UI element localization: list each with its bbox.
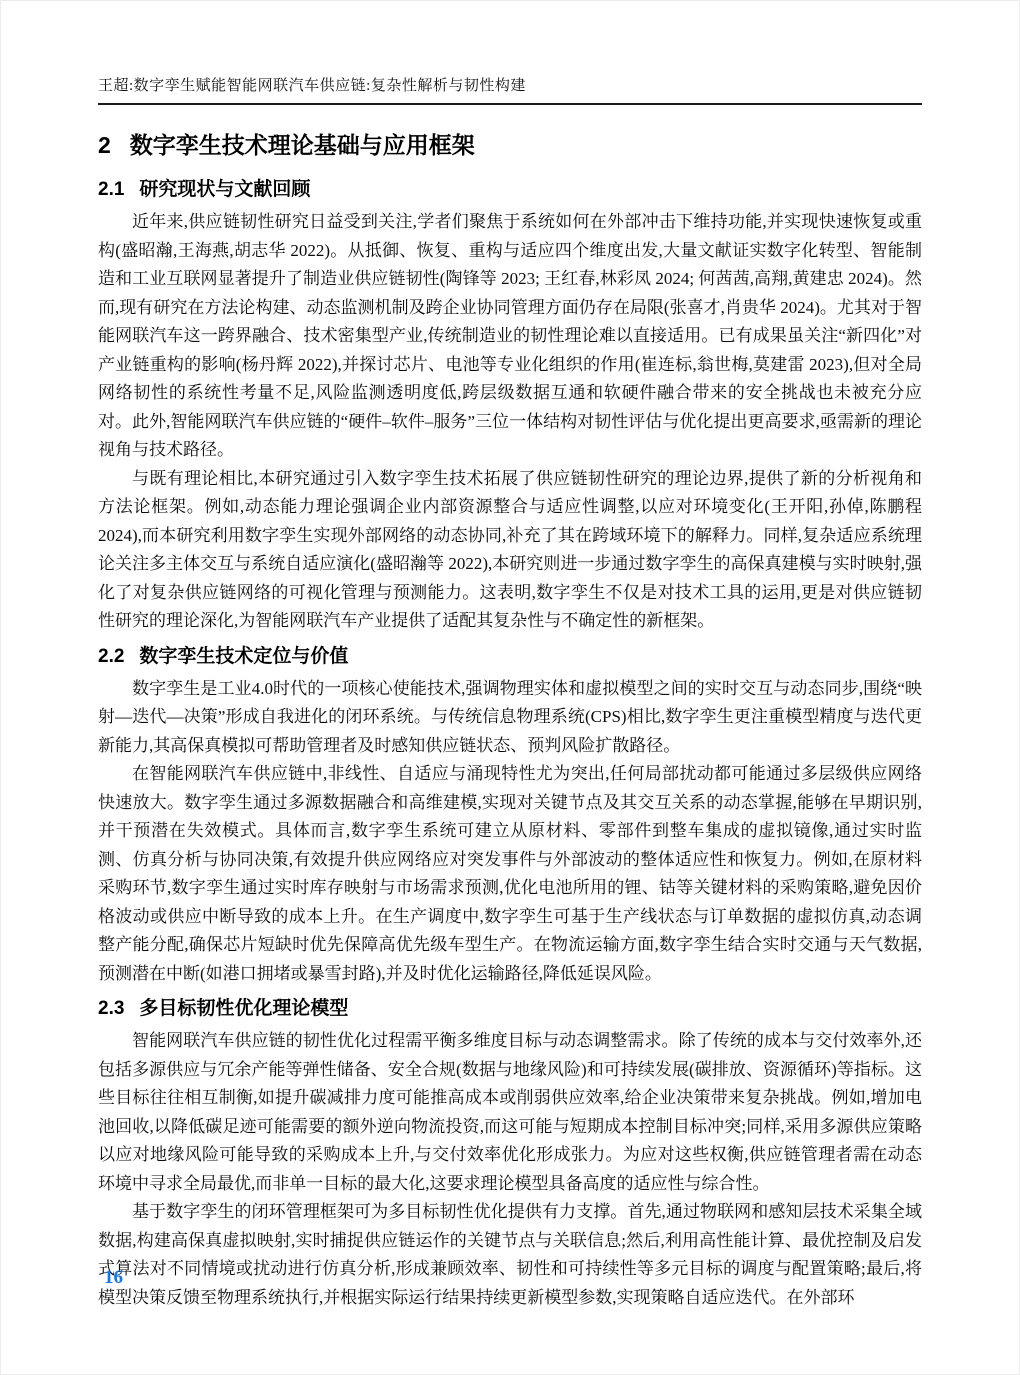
body-paragraph: 基于数字孪生的闭环管理框架可为多目标韧性优化提供有力支撑。首先,通过物联网和感知… (98, 1198, 922, 1312)
body-paragraph: 智能网联汽车供应链的韧性优化过程需平衡多维度目标与动态调整需求。除了传统的成本与… (98, 1027, 922, 1198)
body-paragraph: 在智能网联汽车供应链中,非线性、自适应与涌现特性尤为突出,任何局部扰动都可能通过… (98, 760, 922, 988)
subsection-title: 数字孪生技术定位与价值 (139, 646, 348, 667)
subsection-number: 2.2 (98, 646, 124, 667)
body-paragraph: 近年来,供应链韧性研究日益受到关注,学者们聚焦于系统如何在外部冲击下维持功能,并… (98, 208, 922, 465)
page-number: 16 (104, 1267, 123, 1289)
subsection-heading-2-3: 2.3多目标韧性优化理论模型 (98, 997, 922, 1020)
subsection-title: 多目标韧性优化理论模型 (139, 998, 348, 1019)
running-header: 王超:数字孪生赋能智能网联汽车供应链:复杂性解析与韧性构建 (98, 78, 922, 95)
document-page: 王超:数字孪生赋能智能网联汽车供应链:复杂性解析与韧性构建 2数字孪生技术理论基… (0, 0, 1020, 1375)
section-title: 数字孪生技术理论基础与应用框架 (130, 132, 475, 158)
body-paragraph: 与既有理论相比,本研究通过引入数字孪生技术拓展了供应链韧性研究的理论边界,提供了… (98, 465, 922, 636)
header-rule (98, 103, 922, 105)
section-number: 2 (98, 132, 111, 158)
subsection-heading-2-2: 2.2数字孪生技术定位与价值 (98, 645, 922, 668)
subsection-heading-2-1: 2.1研究现状与文献回顾 (98, 178, 922, 201)
section-heading-2: 2数字孪生技术理论基础与应用框架 (98, 132, 922, 159)
body-paragraph: 数字孪生是工业4.0时代的一项核心使能技术,强调物理实体和虚拟模型之间的实时交互… (98, 675, 922, 761)
subsection-number: 2.1 (98, 179, 124, 200)
subsection-number: 2.3 (98, 998, 124, 1019)
subsection-title: 研究现状与文献回顾 (139, 179, 310, 200)
